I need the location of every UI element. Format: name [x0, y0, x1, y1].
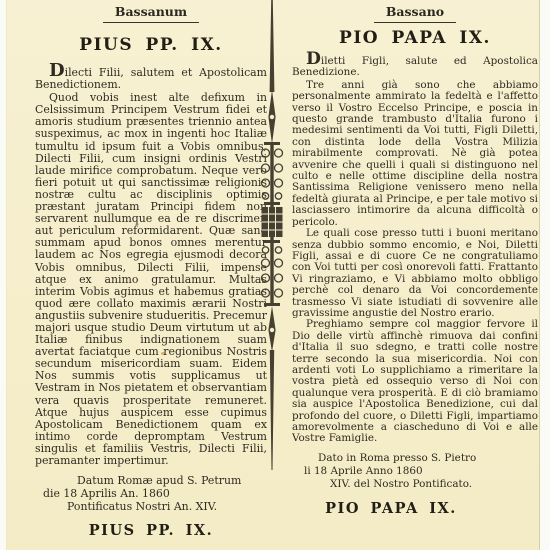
right-dateline-place: Dato in Roma presso S. Pietro — [318, 452, 538, 465]
running-head-right: Bassano — [292, 4, 538, 23]
latin-column: Bassanum PIUS PP. IX. Dilecti Filii, sal… — [35, 4, 267, 539]
right-dateline: Dato in Roma presso S. Pietro li 18 Apri… — [292, 452, 538, 491]
left-dateline: Datum Romæ apud S. Petrum die 18 Aprilis… — [35, 474, 267, 513]
left-dateline-date: die 18 Aprilis An. 1860 — [43, 487, 267, 500]
left-signature: PIUS PP. IX. — [35, 522, 267, 539]
right-paragraph: Preghiamo sempre col maggior fervore il … — [292, 319, 538, 444]
italian-column: Bassano PIO PAPA IX. Diletti Figli, salu… — [292, 4, 538, 517]
right-paragraph: Tre anni già sono che abbiamo personalme… — [292, 80, 538, 228]
left-dateline-pontificate: Pontificatus Nostri An. XIV. — [67, 500, 267, 513]
running-head-right-label: Bassano — [374, 4, 456, 23]
ornamental-divider-icon — [257, 0, 287, 478]
scanned-document-page: Bassanum PIUS PP. IX. Dilecti Filii, sal… — [0, 0, 550, 550]
left-title: PIUS PP. IX. — [35, 35, 267, 55]
right-dateline-date: li 18 Aprile Anno 1860 — [304, 465, 538, 478]
left-dateline-place: Datum Romæ apud S. Petrum — [77, 474, 267, 487]
latin-body-text: Dilecti Filii, salutem et Apostolicam Be… — [35, 64, 267, 467]
left-paragraph: Quod vobis inest alte defixum in Celsiss… — [35, 92, 267, 467]
right-paragraph: Le quali cose presso tutti i buoni merit… — [292, 228, 538, 319]
right-signature: PIO PAPA IX. — [292, 500, 538, 517]
running-head-left-label: Bassanum — [103, 4, 199, 23]
running-head-left: Bassanum — [35, 4, 267, 23]
right-title: PIO PAPA IX. — [292, 28, 538, 48]
left-salutation: Dilecti Filii, salutem et Apostolicam Be… — [35, 64, 267, 91]
right-salutation: Diletti Figli, salute ed Apostolica Bene… — [292, 53, 538, 79]
italian-body-text: Diletti Figli, salute ed Apostolica Bene… — [292, 53, 538, 445]
right-dateline-pontificate: XIV. del Nostro Pontificato. — [330, 478, 538, 491]
